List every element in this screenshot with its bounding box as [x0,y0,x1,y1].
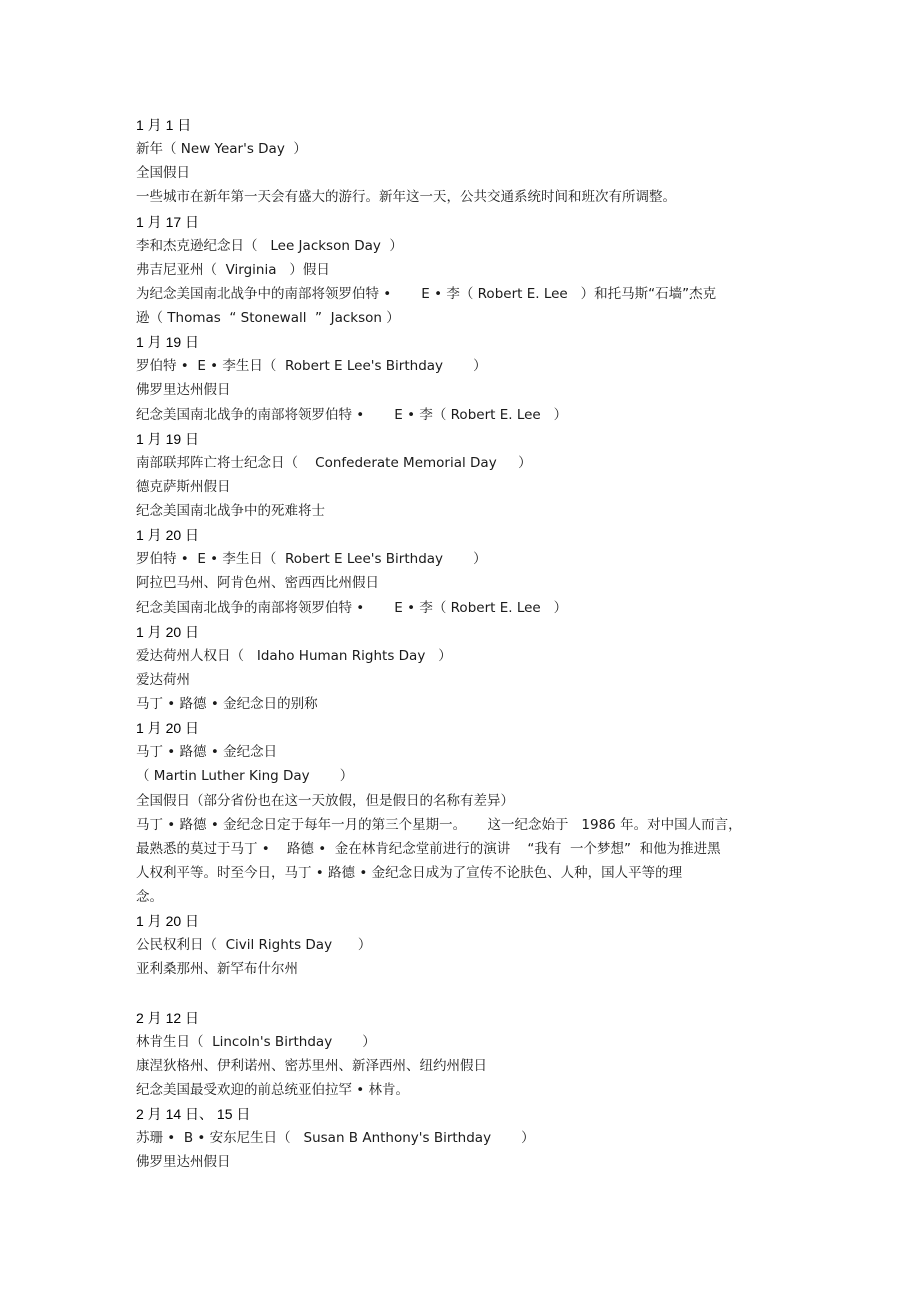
holiday-name: 李和杰克逊纪念日（ Lee Jackson Day ） [136,234,796,258]
holiday-name: 公民权利日（ Civil Rights Day ） [136,933,796,957]
date-heading: 1 月 17 日 [136,210,796,234]
holiday-description: 马丁 • 路德 • 金纪念日定于每年一月的第三个星期一。 这一纪念始于 1986… [136,813,796,837]
holiday-name: 苏珊 • B • 安东尼生日（ Susan B Anthony's Birthd… [136,1126,796,1150]
holiday-description-cont: 念。 [136,885,796,909]
holiday-description-cont: 最熟悉的莫过于马丁 • 路德 • 金在林肯纪念堂前进行的演讲 “我有 一个梦想”… [136,837,796,861]
date-heading: 1 月 20 日 [136,716,796,740]
holiday-description: 纪念美国最受欢迎的前总统亚伯拉罕 • 林肯。 [136,1078,796,1102]
holiday-name: 罗伯特 • E • 李生日（ Robert E Lee's Birthday ） [136,547,796,571]
holiday-description: 为纪念美国南北战争中的南部将领罗伯特 • E • 李（ Robert E. Le… [136,282,796,306]
holiday-scope: 阿拉巴马州、阿肯色州、密西西比州假日 [136,571,796,595]
date-heading: 1 月 20 日 [136,620,796,644]
holiday-description: 一些城市在新年第一天会有盛大的游行。新年这一天，公共交通系统时间和班次有所调整。 [136,185,796,209]
holiday-scope: 亚利桑那州、新罕布什尔州 [136,957,796,981]
holiday-scope: 弗吉尼亚州（ Virginia ）假日 [136,258,796,282]
date-heading: 2 月 14 日、 15 日 [136,1102,796,1126]
blank-line [136,982,796,1006]
holiday-description: 纪念美国南北战争中的死难将士 [136,499,796,523]
holiday-description-cont: 人权利平等。时至今日，马丁 • 路德 • 金纪念日成为了宣传不论肤色、人种，国人… [136,861,796,885]
holiday-name: 罗伯特 • E • 李生日（ Robert E Lee's Birthday ） [136,354,796,378]
holiday-scope: 全国假日（部分省份也在这一天放假，但是假日的名称有差异） [136,789,796,813]
holiday-description: 纪念美国南北战争的南部将领罗伯特 • E • 李（ Robert E. Lee … [136,403,796,427]
holiday-name: 新年（ New Year's Day ） [136,137,796,161]
date-heading: 1 月 19 日 [136,330,796,354]
holiday-scope: 爱达荷州 [136,668,796,692]
date-heading: 1 月 20 日 [136,909,796,933]
holiday-name: 爱达荷州人权日（ Idaho Human Rights Day ） [136,644,796,668]
date-heading: 1 月 1 日 [136,113,796,137]
holiday-scope: 佛罗里达州假日 [136,1150,796,1174]
holiday-name: 林肯生日（ Lincoln's Birthday ） [136,1030,796,1054]
holiday-name: 南部联邦阵亡将士纪念日（ Confederate Memorial Day ） [136,451,796,475]
holiday-description-cont: 逊（ Thomas “ Stonewall ” Jackson ） [136,306,796,330]
holiday-scope: 德克萨斯州假日 [136,475,796,499]
holiday-scope: 全国假日 [136,161,796,185]
holiday-name: 马丁 • 路德 • 金纪念日 [136,740,796,764]
date-heading: 2 月 12 日 [136,1006,796,1030]
holiday-scope: 佛罗里达州假日 [136,378,796,402]
holiday-scope: 康涅狄格州、伊利诺州、密苏里州、新泽西州、纽约州假日 [136,1054,796,1078]
holiday-description: 马丁 • 路德 • 金纪念日的别称 [136,692,796,716]
date-heading: 1 月 20 日 [136,523,796,547]
holiday-description: 纪念美国南北战争的南部将领罗伯特 • E • 李（ Robert E. Lee … [136,596,796,620]
holiday-name-english: （ Martin Luther King Day ） [136,764,796,788]
date-heading: 1 月 19 日 [136,427,796,451]
document-page: 1 月 1 日 新年（ New Year's Day ） 全国假日 一些城市在新… [136,113,796,1175]
